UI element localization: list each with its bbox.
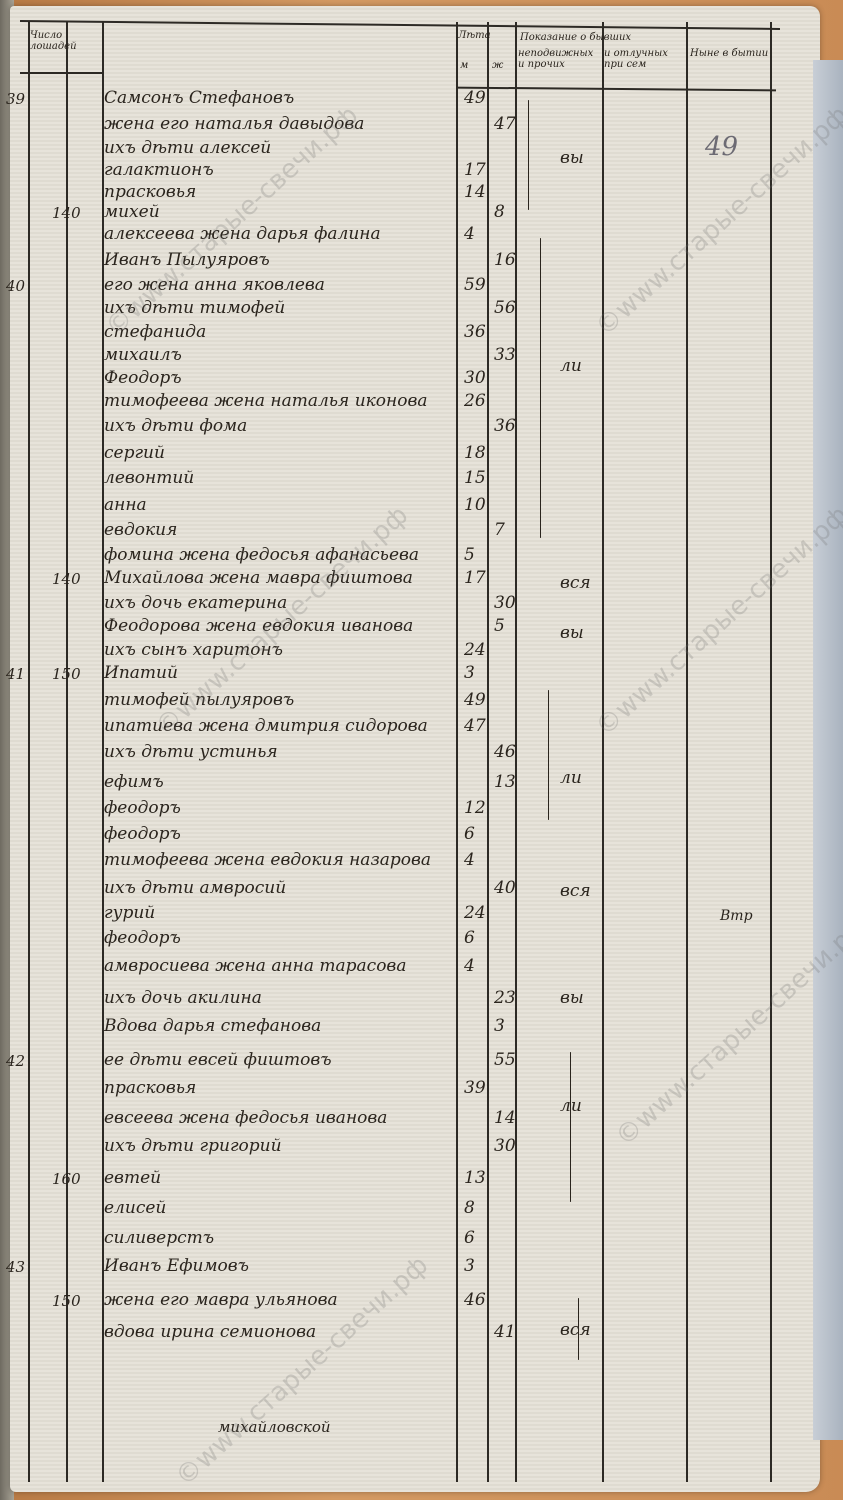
age-male: 18 <box>464 443 486 463</box>
entry-name: тимофеева жена наталья иконова <box>104 391 428 411</box>
age-male: 47 <box>464 716 486 736</box>
age-male: 24 <box>464 903 486 923</box>
household-number: 43 <box>6 1258 25 1276</box>
entry-name: ихъ дочь екатерина <box>104 593 287 613</box>
margin-mark: вы <box>560 148 584 168</box>
entry-name: михей <box>104 202 160 222</box>
age-male: 15 <box>464 468 486 488</box>
entry-name: прасковья <box>104 1078 196 1098</box>
age-female: 30 <box>494 1136 516 1156</box>
margin-mark: вы <box>560 623 584 643</box>
age-male: 24 <box>464 640 486 660</box>
age-male: 10 <box>464 495 486 515</box>
age-male: 36 <box>464 322 486 342</box>
margin-mark: ли <box>560 356 582 376</box>
entry-name: Михайлова жена мавра фиштова <box>104 568 413 588</box>
column-rule <box>66 22 68 1482</box>
margin-mark: вы <box>560 988 584 1008</box>
entry-name: вдова ирина семионова <box>104 1322 316 1342</box>
entry-name: ихъ дѣти устинья <box>104 742 278 762</box>
entry-name: феодоръ <box>104 928 181 948</box>
age-male: 6 <box>464 928 475 948</box>
entry-name: евтей <box>104 1168 161 1188</box>
age-female: 8 <box>494 202 505 222</box>
entry-name: галактионъ <box>104 160 214 180</box>
age-male: 39 <box>464 1078 486 1098</box>
age-male: 6 <box>464 824 475 844</box>
entry-name: ефимъ <box>104 772 164 792</box>
age-female: 7 <box>494 520 505 540</box>
age-male: 49 <box>464 88 486 108</box>
household-number: 42 <box>6 1052 25 1070</box>
page-edge <box>813 60 843 1440</box>
entry-name: сергий <box>104 443 165 463</box>
age-female: 55 <box>494 1050 516 1070</box>
age-female: 13 <box>494 772 516 792</box>
household-number: 41 <box>6 665 25 683</box>
entry-name: ихъ дочь акилина <box>104 988 262 1008</box>
age-male: 17 <box>464 568 486 588</box>
column-rule <box>770 22 772 1482</box>
entry-name: Иванъ Ефимовъ <box>104 1256 249 1276</box>
age-male: 4 <box>464 850 475 870</box>
column-rule <box>487 22 489 1482</box>
column-rule <box>28 22 30 1482</box>
age-male: 6 <box>464 1228 475 1248</box>
age-female: 47 <box>494 114 516 134</box>
entry-name: прасковья <box>104 182 196 202</box>
entry-name: Вдова дарья стефанова <box>104 1016 321 1036</box>
entry-name: Ипатий <box>104 663 178 683</box>
age-female: 41 <box>494 1322 516 1342</box>
age-male: 4 <box>464 224 475 244</box>
header-testimony: Показание о бывших <box>520 32 770 43</box>
entry-name: ее дѣти евсей фиштовъ <box>104 1050 332 1070</box>
family-bracket <box>570 1052 571 1202</box>
entry-name: Феодоръ <box>104 368 182 388</box>
margin-mark: вся <box>560 573 591 593</box>
entry-name: амвросиева жена анна тарасова <box>104 956 406 976</box>
side-annotation: Втр <box>720 908 753 924</box>
age-male: 4 <box>464 956 475 976</box>
household-sub-number: 150 <box>52 665 81 683</box>
entry-name: ихъ дѣти фома <box>104 416 247 436</box>
entry-name: анна <box>104 495 147 515</box>
household-sub-number: 150 <box>52 1292 81 1310</box>
household-number: 40 <box>6 277 25 295</box>
entry-name: силиверстъ <box>104 1228 214 1248</box>
header-household: Число лошадей <box>30 30 100 52</box>
age-female: 56 <box>494 298 516 318</box>
household-sub-number: 140 <box>52 204 81 222</box>
age-male: 46 <box>464 1290 486 1310</box>
header-ages-m: м <box>460 60 468 71</box>
entry-name: жена его мавра ульянова <box>104 1290 338 1310</box>
page-number: 49 <box>705 132 738 162</box>
age-female: 30 <box>494 593 516 613</box>
header-ages-f: ж <box>492 60 503 71</box>
header-ages: Лѣта <box>458 30 491 41</box>
household-number: 39 <box>6 90 25 108</box>
age-female: 23 <box>494 988 516 1008</box>
margin-mark: вся <box>560 1320 591 1340</box>
header-testimony-b: и отлучных при сем <box>604 48 684 70</box>
entry-name: евсеева жена федосья иванова <box>104 1108 387 1128</box>
age-male: 3 <box>464 1256 475 1276</box>
age-female: 5 <box>494 616 505 636</box>
entry-name: ихъ дѣти алексей <box>104 138 271 158</box>
age-male: 49 <box>464 690 486 710</box>
margin-mark: вся <box>560 881 591 901</box>
age-male: 17 <box>464 160 486 180</box>
entry-name: феодоръ <box>104 798 181 818</box>
column-rule <box>602 22 604 1482</box>
family-bracket <box>578 1298 579 1360</box>
age-male: 59 <box>464 275 486 295</box>
age-male: 30 <box>464 368 486 388</box>
family-bracket <box>540 238 541 538</box>
household-sub-number: 160 <box>52 1170 81 1188</box>
entry-name: тимофеева жена евдокия назарова <box>104 850 431 870</box>
age-male: 12 <box>464 798 486 818</box>
age-female: 33 <box>494 345 516 365</box>
entry-name: евдокия <box>104 520 177 540</box>
column-rule <box>456 22 458 1482</box>
entry-name: ихъ дѣти амвросий <box>104 878 286 898</box>
age-male: 3 <box>464 663 475 683</box>
age-male: 8 <box>464 1198 475 1218</box>
entry-name: Самсонъ Стефановъ <box>104 88 294 108</box>
age-male: 5 <box>464 545 475 565</box>
age-female: 36 <box>494 416 516 436</box>
entry-name: гурий <box>104 903 155 923</box>
entry-name: михаилъ <box>104 345 182 365</box>
header-testimony-c: Ныне в бытии <box>690 48 770 59</box>
age-female: 40 <box>494 878 516 898</box>
margin-mark: ли <box>560 768 582 788</box>
age-female: 16 <box>494 250 516 270</box>
family-bracket <box>528 100 529 210</box>
age-male: 13 <box>464 1168 486 1188</box>
age-male: 14 <box>464 182 486 202</box>
family-bracket <box>548 690 549 820</box>
household-sub-number: 140 <box>52 570 81 588</box>
header-testimony-a: неподвижных и прочих <box>518 48 598 70</box>
entry-name: ихъ дѣти григорий <box>104 1136 282 1156</box>
entry-name: феодоръ <box>104 824 181 844</box>
age-male: 26 <box>464 391 486 411</box>
age-female: 3 <box>494 1016 505 1036</box>
entry-name: елисей <box>104 1198 166 1218</box>
entry-name: левонтий <box>104 468 194 488</box>
age-female: 14 <box>494 1108 516 1128</box>
header-rule <box>20 72 102 74</box>
age-female: 46 <box>494 742 516 762</box>
